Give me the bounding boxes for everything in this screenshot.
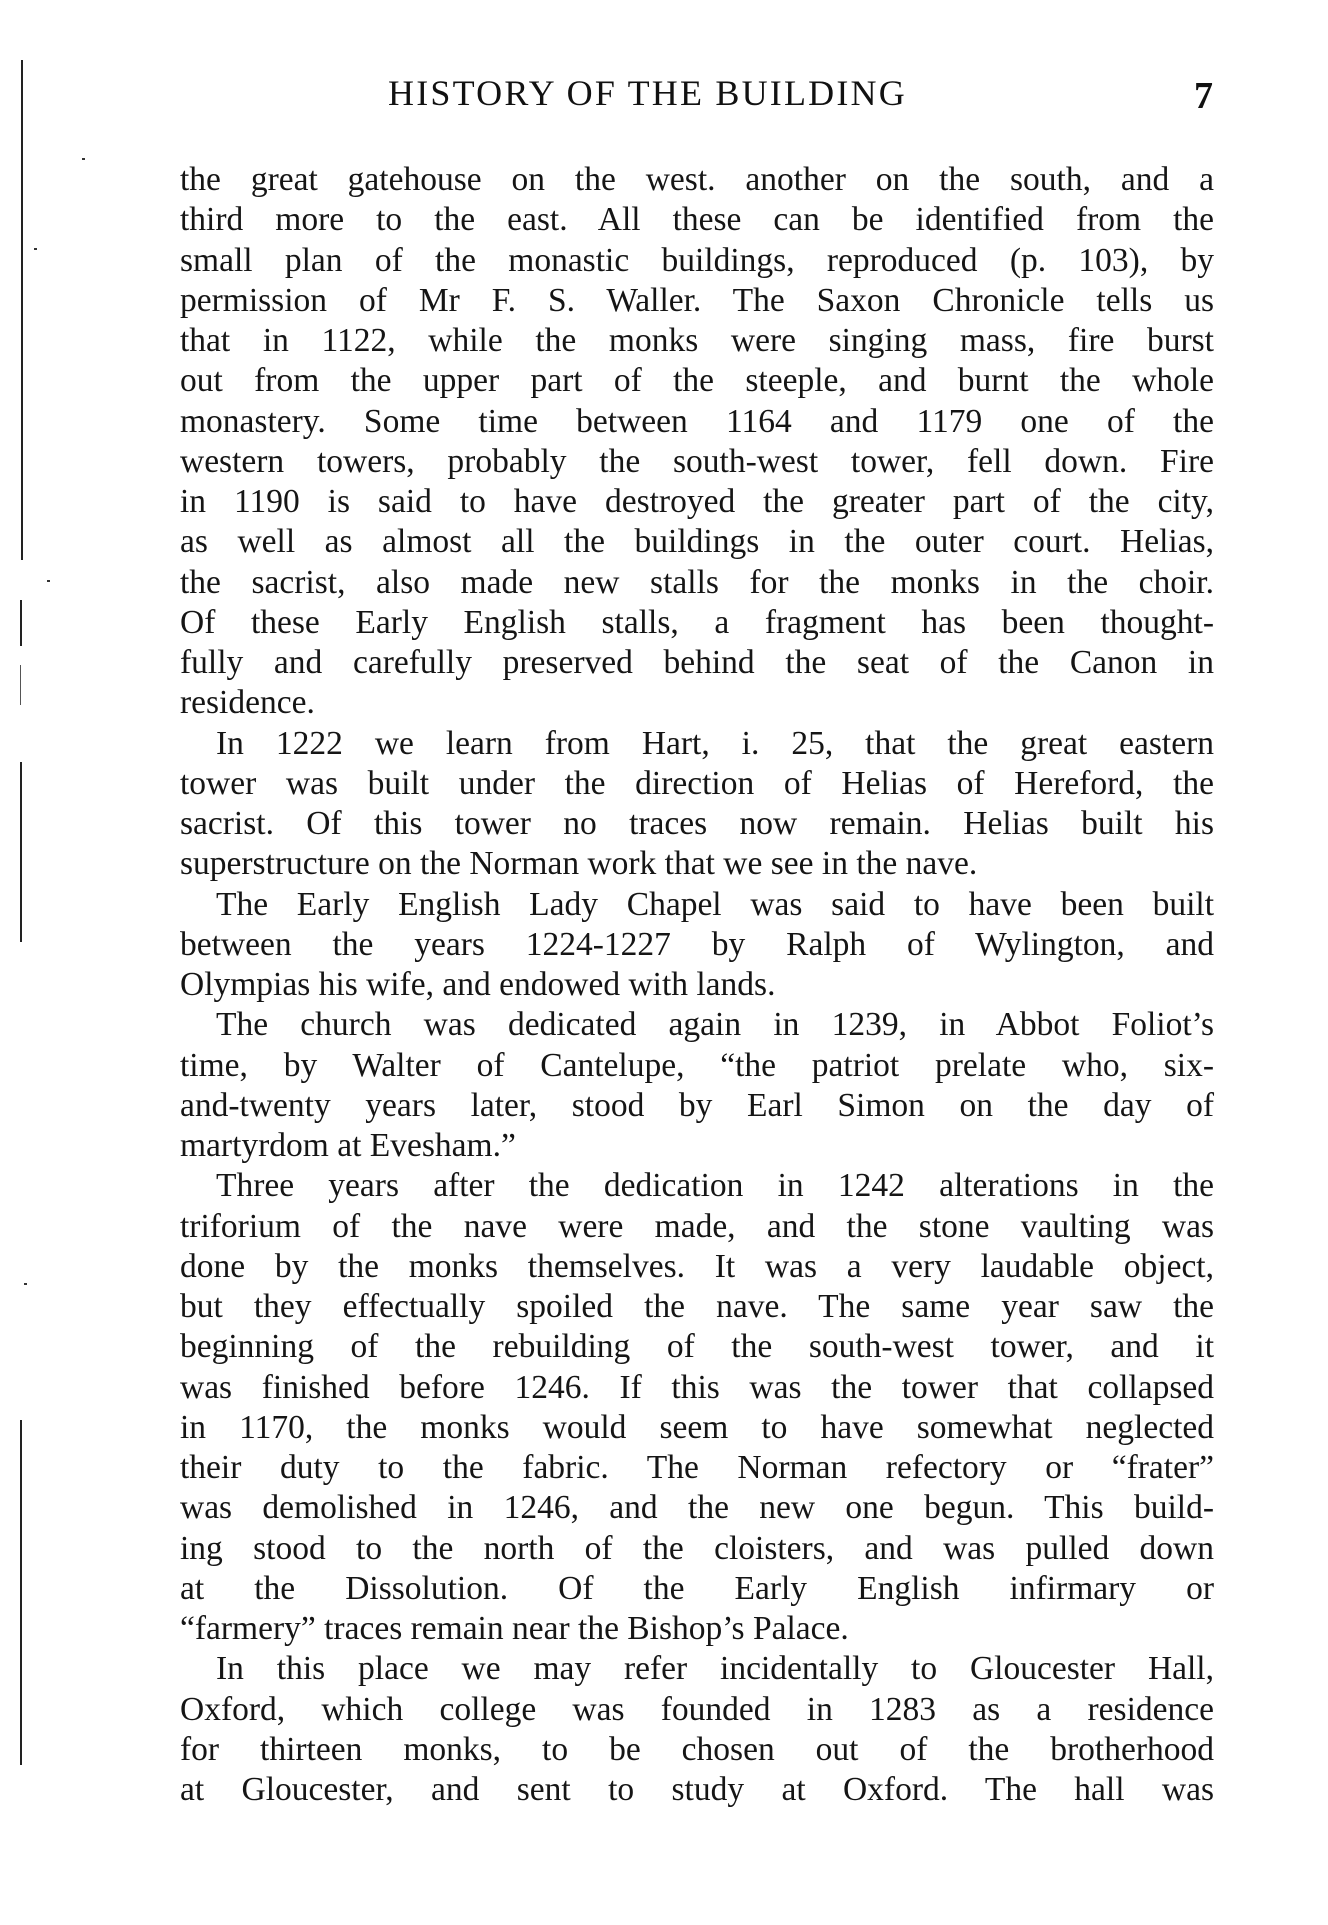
paragraph: In this place we may refer incidentally … (180, 1649, 1214, 1810)
text-line: ing stood to the north of the cloisters,… (180, 1529, 1214, 1569)
text-line: beginning of the rebuilding of the south… (180, 1327, 1214, 1367)
text-line: tower was built under the direction of H… (180, 764, 1214, 804)
running-header-title: HISTORY OF THE BUILDING (388, 72, 1028, 114)
text-line: in 1190 is said to have destroyed the gr… (180, 482, 1214, 522)
text-line: The church was dedicated again in 1239, … (180, 1005, 1214, 1045)
text-line: at the Dissolution. Of the Early English… (180, 1569, 1214, 1609)
book-page: HISTORY OF THE BUILDING 7 the great gate… (0, 0, 1328, 1925)
text-line: between the years 1224-1227 by Ralph of … (180, 925, 1214, 965)
paragraph: The church was dedicated again in 1239, … (180, 1005, 1214, 1166)
text-line: was demolished in 1246, and the new one … (180, 1488, 1214, 1528)
text-line: martyrdom at Evesham.” (180, 1126, 1214, 1166)
text-line: Three years after the dedication in 1242… (180, 1166, 1214, 1206)
scan-speck (47, 580, 50, 582)
paragraph: The Early English Lady Chapel was said t… (180, 885, 1214, 1006)
text-line: “farmery” traces remain near the Bishop’… (180, 1609, 1214, 1649)
text-line: Oxford, which college was founded in 128… (180, 1690, 1214, 1730)
paragraph: the great gatehouse on the west. another… (180, 160, 1214, 724)
text-line: Olympias his wife, and endowed with land… (180, 965, 1214, 1005)
text-line: their duty to the fabric. The Norman ref… (180, 1448, 1214, 1488)
text-line: the great gatehouse on the west. another… (180, 160, 1214, 200)
text-line: small plan of the monastic buildings, re… (180, 241, 1214, 281)
text-line: that in 1122, while the monks were singi… (180, 321, 1214, 361)
scan-speck (34, 248, 37, 250)
scan-margin-line (21, 60, 23, 560)
scan-margin-line (20, 762, 22, 942)
scan-margin-line (20, 665, 21, 705)
text-line: as well as almost all the buildings in t… (180, 522, 1214, 562)
text-line: in 1170, the monks would seem to have so… (180, 1408, 1214, 1448)
text-line: the sacrist, also made new stalls for th… (180, 563, 1214, 603)
text-line: sacrist. Of this tower no traces now rem… (180, 804, 1214, 844)
text-line: third more to the east. All these can be… (180, 200, 1214, 240)
text-line: and-twenty years later, stood by Earl Si… (180, 1086, 1214, 1126)
text-line: western towers, probably the south-west … (180, 442, 1214, 482)
paragraph: Three years after the dedication in 1242… (180, 1166, 1214, 1649)
text-line: fully and carefully preserved behind the… (180, 643, 1214, 683)
text-line: time, by Walter of Cantelupe, “the patri… (180, 1046, 1214, 1086)
scan-margin-line (20, 600, 22, 646)
text-line: at Gloucester, and sent to study at Oxfo… (180, 1770, 1214, 1810)
text-line: residence. (180, 683, 1214, 723)
text-line: Of these Early English stalls, a fragmen… (180, 603, 1214, 643)
scan-speck (82, 158, 85, 160)
scan-margin-line (20, 1420, 22, 1765)
page-number: 7 (1194, 74, 1213, 118)
text-line: but they effectually spoiled the nave. T… (180, 1287, 1214, 1327)
text-line: done by the monks themselves. It was a v… (180, 1247, 1214, 1287)
text-line: In 1222 we learn from Hart, i. 25, that … (180, 724, 1214, 764)
text-line: for thirteen monks, to be chosen out of … (180, 1730, 1214, 1770)
paragraph: In 1222 we learn from Hart, i. 25, that … (180, 724, 1214, 885)
text-line: superstructure on the Norman work that w… (180, 844, 1214, 884)
text-line: triforium of the nave were made, and the… (180, 1207, 1214, 1247)
text-line: was finished before 1246. If this was th… (180, 1368, 1214, 1408)
text-line: out from the upper part of the steeple, … (180, 361, 1214, 401)
text-line: In this place we may refer incidentally … (180, 1649, 1214, 1689)
text-line: The Early English Lady Chapel was said t… (180, 885, 1214, 925)
body-text: the great gatehouse on the west. another… (180, 160, 1214, 1810)
text-line: monastery. Some time between 1164 and 11… (180, 402, 1214, 442)
text-line: permission of Mr F. S. Waller. The Saxon… (180, 281, 1214, 321)
scan-speck (24, 1283, 27, 1285)
